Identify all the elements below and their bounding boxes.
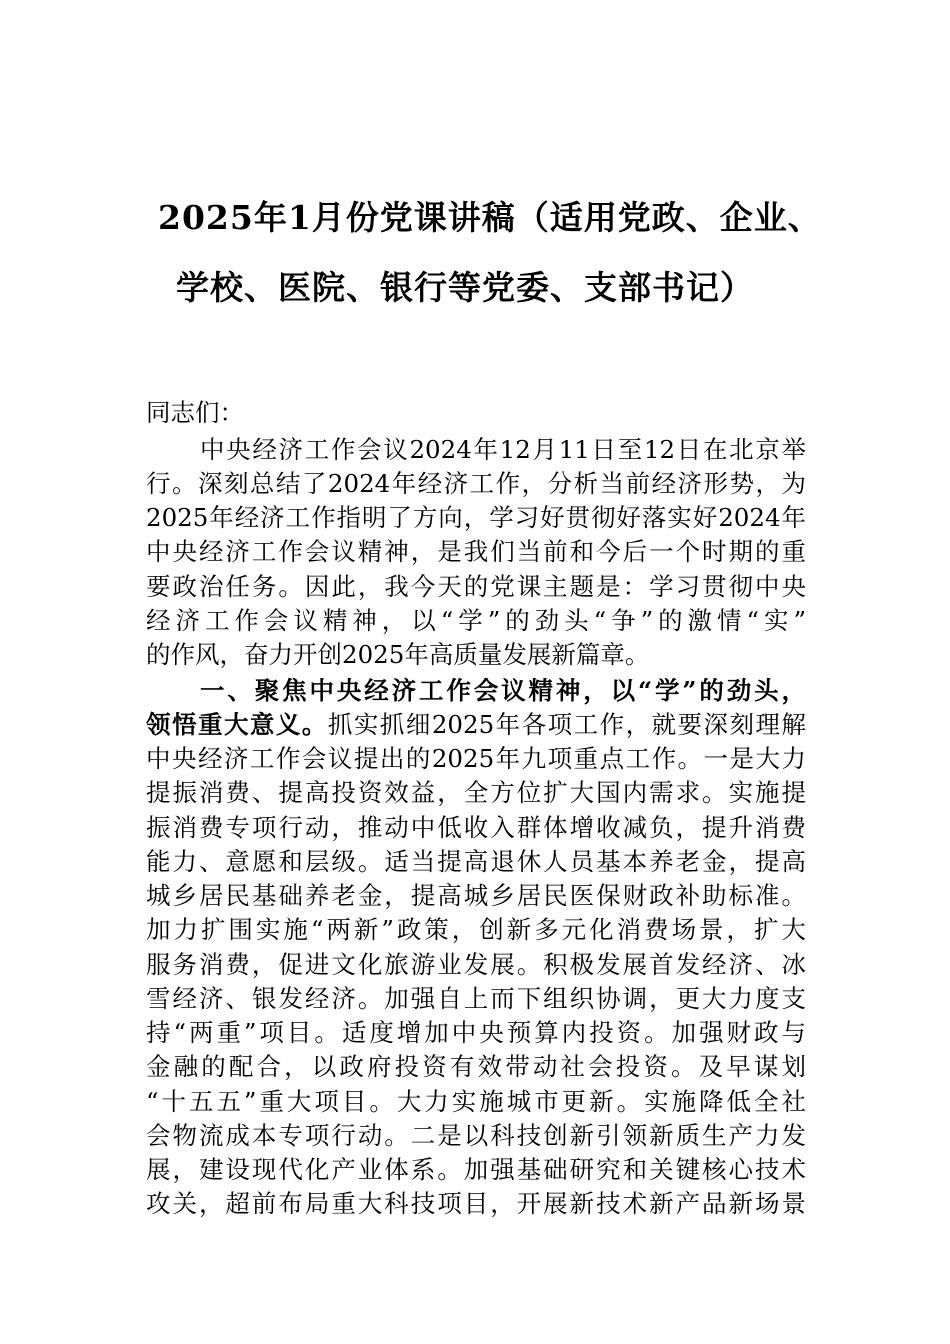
- paragraph-line: 持“两重”项目。适度增加中央预算内投资。加强财政与: [146, 1018, 806, 1048]
- paragraph-line: 中央经济工作会议提出的2025年九项重点工作。一是大力: [146, 744, 806, 774]
- section-heading-continued: 领悟重大意义。抓实抓细2025年各项工作，就要深刻理解: [146, 710, 806, 740]
- paragraph-line: 金融的配合，以政府投资有效带动社会投资。及早谋划: [146, 1052, 806, 1082]
- paragraph-line: 会物流成本专项行动。二是以科技创新引领新质生产力发: [146, 1121, 806, 1151]
- paragraph-line: 要政治任务。因此，我今天的党课主题是：学习贯彻中央: [146, 572, 806, 602]
- paragraph-line: 2025年经济工作指明了方向，学习好贯彻好落实好2024年: [146, 503, 806, 533]
- salutation: 同志们：: [146, 398, 806, 428]
- section-heading-end: 领悟重大意义。: [146, 710, 328, 739]
- paragraph-line: 振消费专项行动，推动中低收入群体增收减负，提升消费: [146, 813, 806, 843]
- paragraph-line: 能力、意愿和层级。适当提高退休人员基本养老金，提高: [146, 847, 806, 877]
- paragraph-line: 中央经济工作会议2024年12月11日至12日在北京举: [200, 435, 806, 465]
- paragraph-line: 行。深刻总结了2024年经济工作，分析当前经济形势，为: [146, 469, 806, 499]
- paragraph-line: 经济工作会议精神，以“学”的劲头“争”的激情“实”: [146, 606, 806, 636]
- paragraph-line: 攻关，超前布局重大科技项目，开展新技术新产品新场景: [146, 1189, 806, 1219]
- paragraph-line: 的作风，奋力开创2025年高质量发展新篇章。: [146, 640, 806, 670]
- section-text: 抓实抓细2025年各项工作，就要深刻理解: [328, 710, 806, 739]
- section-heading: 一、聚焦中央经济工作会议精神，以“学”的劲头，: [200, 676, 806, 706]
- paragraph-line: 城乡居民基础养老金，提高城乡居民医保财政补助标准。: [146, 881, 806, 911]
- document-page: 2025年1月份党课讲稿（适用党政、企业、 学校、医院、银行等党委、支部书记） …: [0, 0, 950, 1344]
- document-title-line-2: 学校、医院、银行等党委、支部书记）: [176, 268, 754, 308]
- document-title-line-1: 2025年1月份党课讲稿（适用党政、企业、: [158, 198, 822, 238]
- paragraph-line: “十五五”重大项目。大力实施城市更新。实施降低全社: [146, 1087, 806, 1117]
- paragraph-line: 加力扩围实施“两新”政策，创新多元化消费场景，扩大: [146, 915, 806, 945]
- paragraph-line: 雪经济、银发经济。加强自上而下组织协调，更大力度支: [146, 984, 806, 1014]
- paragraph-line: 中央经济工作会议精神，是我们当前和今后一个时期的重: [146, 537, 806, 567]
- paragraph-line: 展，建设现代化产业体系。加强基础研究和关键核心技术: [146, 1155, 806, 1185]
- paragraph-line: 服务消费，促进文化旅游业发展。积极发展首发经济、冰: [146, 950, 806, 980]
- paragraph-line: 提振消费、提高投资效益，全方位扩大国内需求。实施提: [146, 778, 806, 808]
